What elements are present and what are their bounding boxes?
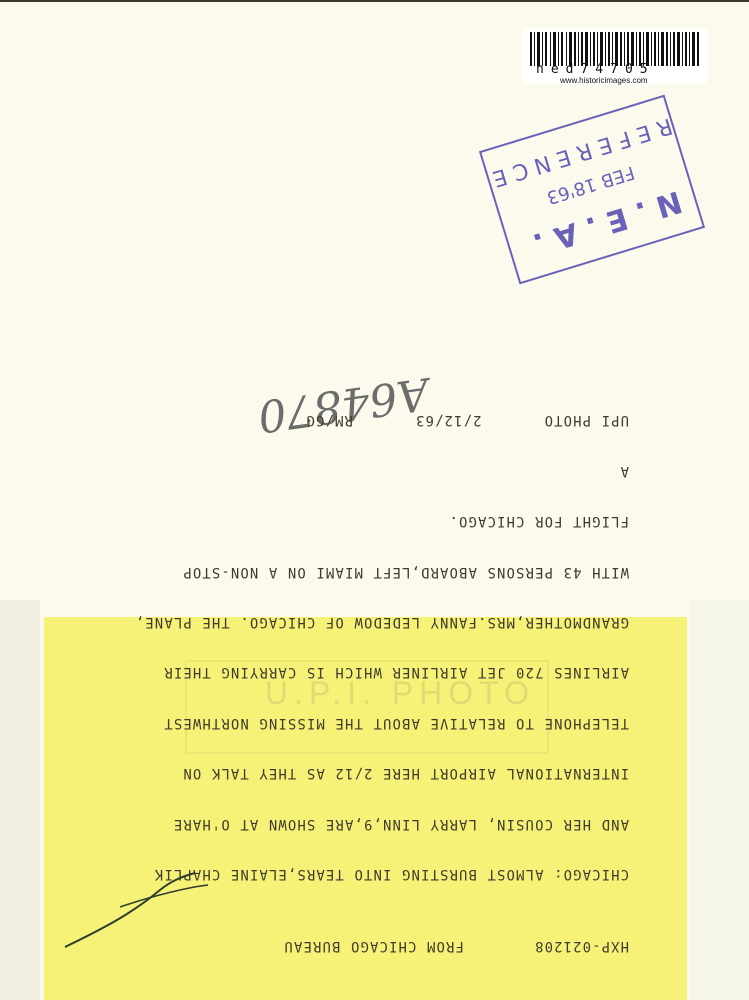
caption-initials: RM/GG [305, 412, 353, 429]
caption-credit: UPI PHOTO [543, 412, 629, 429]
caption-line: AIRLINES 720 JET AIRLINER WHICH IS CARRY… [29, 664, 629, 681]
caption-line: GRANDMOTHER,MRS.FANNY LEDEDOW OF CHICAGO… [29, 613, 629, 630]
caption-line: AND HER COUSIN, LARRY LINN,9,ARE SHOWN A… [29, 815, 629, 832]
caption-line: A [29, 462, 629, 479]
barcode-icon [528, 32, 702, 66]
pen-mark-icon [60, 865, 210, 955]
caption-credit-row: UPI PHOTO 2/12/63 RM/GG [29, 412, 629, 429]
reference-stamp: N.E.A. FEB 18'63 REFERENCE [479, 95, 705, 285]
paper-shade-right [690, 600, 749, 1000]
barcode-url: www.historicimages.com [560, 76, 648, 85]
barcode-label: ned74705 www.historicimages.com [522, 28, 708, 84]
caption-line: TELEPHONE TO RELATIVE ABOUT THE MISSING … [29, 714, 629, 731]
barcode-id: ned74705 [536, 62, 696, 77]
caption-line: INTERNATIONAL AIRPORT HERE 2/12 AS THEY … [29, 764, 629, 781]
caption-credit-date: 2/12/63 [415, 412, 482, 429]
photo-top-edge [0, 0, 749, 2]
caption-line: WITH 43 PERSONS ABOARD,LEFT MIAMI ON A N… [29, 563, 629, 580]
caption-bureau: FROM CHICAGO BUREAU [283, 938, 464, 955]
caption-ref-number: HXP-021208 [534, 938, 629, 955]
caption-line: FLIGHT FOR CHICAGO. [29, 512, 629, 529]
